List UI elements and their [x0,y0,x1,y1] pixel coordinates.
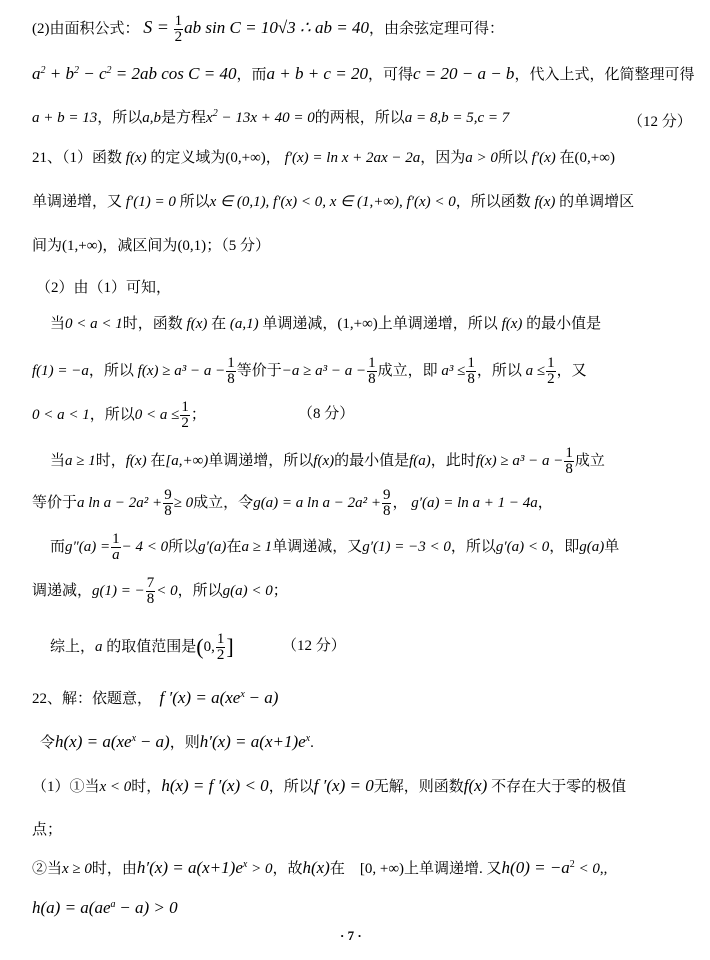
question-number: 21、 [32,150,62,166]
q21-case2-line2: 等价于a ln a − 2a² +98≥ 0成立，令g(a) = a ln a … [32,488,553,519]
fraction: 12 [180,400,190,431]
q22-line2: 令h(x) = a(xex − a)，则h′(x) = a(x+1)ex. [40,732,314,753]
numerator: 1 [546,356,556,372]
math: a ≥ 1 [65,453,96,469]
page-number: · 7 · [340,928,362,944]
q20-line1: (2)由面积公式： S = 12ab sin C = 10√3 ∴ ab = 4… [32,14,504,45]
math: a2 + b2 − c2 [32,64,116,83]
numerator: 1 [174,14,184,30]
text: ，即 [549,539,579,555]
q20-line3: a + b = 13，所以a,b是方程x2 − 13x + 40 = 0的两根，… [32,108,509,128]
text: 单 [604,539,619,555]
denominator: 2 [216,648,226,663]
text: ,, [600,861,608,877]
denominator: 8 [382,504,392,519]
text: ，而 [236,67,266,83]
text: ； [191,407,206,423]
numerator: 9 [382,488,392,504]
fraction-half: 12 [174,14,184,45]
text: 由面积公式： [50,21,140,37]
math: f(x) ≥ a³ − a − [138,363,226,379]
right-bracket: ] [226,634,233,659]
math: (0,+∞) [225,150,265,166]
math: a + b + c = 20 [266,64,367,83]
text: ，所以函数 [456,194,531,210]
numerator: 1 [226,356,236,372]
text: 调递减， [32,583,92,599]
numerator: 1 [111,532,121,548]
text: 时， [131,779,161,795]
math: x ∈ (0,1), f′(x) < 0, x ∈ (1,+∞), f′(x) … [210,194,456,210]
denominator: 8 [367,372,377,387]
math: h(x) = f ′(x) < 0 [161,776,268,795]
q22-line1: 22、解：依题意， f ′(x) = a(xex − a) [32,688,278,709]
text: 在 [226,539,241,555]
text: ，所以 [451,539,496,555]
numerator: 1 [216,632,226,648]
text: ，又 [557,363,587,379]
math: h(a) = a(ae [32,898,111,917]
text: 所以 [498,150,528,166]
text: 时，函数 [123,316,183,332]
text: 单调递增，又 [32,194,122,210]
q21-case2-line1: 当a ≥ 1时，f(x) 在[a,+∞)单调递增，所以f(x)的最小值是f(a)… [50,446,605,477]
math: a ln a − 2a² + [77,495,162,511]
fraction: 98 [382,488,392,519]
q21-line3: 间为(1,+∞)，减区间为(0,1)；（5 分） [32,236,270,256]
fraction: 18 [564,446,574,477]
math: f′(1) = 0 [126,194,176,210]
math: a ≤ [526,363,545,379]
math: S = [143,17,169,37]
score: （12 分） [282,634,346,655]
score: （8 分） [298,402,354,423]
math: − a) > 0 [119,898,177,917]
text: ，由余弦定理可得： [369,21,504,37]
text: 时， [96,453,126,469]
text: 等价于 [32,495,77,511]
text: 的两根，所以 [315,110,405,126]
math: g′(a) [198,539,226,555]
math: f(x) [126,453,147,469]
question-number: 22、 [32,691,62,707]
math: g′(a) = ln a + 1 − 4a [411,495,538,511]
math: a ≥ 1 [241,539,272,555]
math: a = 8,b = 5,c = 7 [405,110,510,126]
math: h′(x) = a(x+1)e [200,732,306,751]
text: 成立，即 [378,363,438,379]
text: 不存在大于零的极值 [487,779,626,795]
text: ，减区间为 [102,238,177,254]
text: ； [273,583,288,599]
math: 0, [204,639,215,655]
text: 在 [211,316,226,332]
text: （1）①当 [32,779,100,795]
text: 的最小值是 [334,453,409,469]
denominator: 8 [564,462,574,477]
math: (1,+∞) [62,238,102,254]
q21-summary: 综上，a 的取值范围是(0,12] [50,632,234,663]
math: f ′(x) = a(xe [160,688,241,707]
part-label: (2) [32,21,50,37]
denominator: 2 [180,416,190,431]
math: < 0 [579,861,600,877]
math: (1,+∞) [337,316,377,332]
text: 当 [50,453,65,469]
text: 所以 [180,194,210,210]
q21-line2: 单调递增，又 f′(1) = 0 所以x ∈ (0,1), f′(x) < 0,… [32,192,634,212]
denominator: 8 [163,504,173,519]
text: ，所以 [90,407,135,423]
fraction: 98 [163,488,173,519]
math: h(0) = −a [502,858,570,877]
math: x < 0 [100,779,132,795]
math: ≥ 0 [174,495,193,511]
text: 单调递减，又 [272,539,362,555]
math: a³ ≤ [441,363,465,379]
text: ②当 [32,861,62,877]
text: 的定义域为 [150,150,225,166]
numerator: 1 [180,400,190,416]
denominator: 2 [174,30,184,45]
left-paren: ( [196,634,203,659]
math: f′(x) [532,150,556,166]
score: （12 分） [628,110,692,131]
text: 函数 [92,150,122,166]
q20-line2: a2 + b2 − c2 = 2ab cos C = 40，而a + b + c… [32,64,694,85]
math: x ≥ 0 [62,861,92,877]
text: 令 [40,735,55,751]
math: g(a) = a ln a − 2a² + [253,495,381,511]
math: h′(x) = a(x+1)e [137,858,243,877]
q21-line1: 21、（1）函数 f(x) 的定义域为(0,+∞)， f′(x) = ln x … [32,148,615,168]
text: 成立，令 [193,495,253,511]
text: ，所以 [178,583,223,599]
text: ，则 [170,735,200,751]
math: − 4 < 0 [122,539,169,555]
text: 所以 [168,539,198,555]
text: 在 [150,453,165,469]
math: ab sin C = 10√3 ∴ ab = 40 [184,18,369,37]
text: 而 [50,539,65,555]
fraction: 18 [367,356,377,387]
fraction: 18 [226,356,236,387]
denominator: 8 [226,372,236,387]
math: g(1) = − [92,583,145,599]
denominator: 8 [466,372,476,387]
math: 0 < a < 1 [65,316,123,332]
text: 单调递减， [262,316,337,332]
math: − a) [249,688,279,707]
text: ，所以 [97,110,142,126]
math: g″(a) = [65,539,110,555]
text: 无解，则函数 [374,779,464,795]
text: ，所以 [269,779,314,795]
math: −a ≥ a³ − a − [282,363,366,379]
math: [a,+∞) [165,453,208,469]
math: f(a) [409,453,431,469]
numerator: 1 [367,356,377,372]
text: 的最小值是 [526,316,601,332]
math: − a) [140,732,170,751]
fraction: 18 [466,356,476,387]
math: f(1) = −a [32,363,89,379]
math: (a,1) [230,316,259,332]
math: f(x) [187,316,208,332]
math: f(x) [535,194,556,210]
text: ， [538,495,553,511]
q21-case1-line2: f(1) = −a，所以 f(x) ≥ a³ − a −18等价于−a ≥ a³… [32,356,587,387]
text: 解：依题意， [62,691,152,707]
math: f′(x) = ln x + 2ax − 2a [285,150,421,166]
text: ，所以 [89,363,134,379]
math: x2 [206,110,221,126]
text: ，故 [272,861,302,877]
math: f ′(x) = 0 [314,776,374,795]
math: 0 < a ≤ [135,407,180,423]
math: h(x) = a(xe [55,732,132,751]
math: > 0 [251,861,272,877]
text: 等价于 [237,363,282,379]
q21-part2-intro: （2）由（1）可知， [36,278,171,298]
math: = 2ab cos C = 40 [116,64,237,83]
numerator: 1 [564,446,574,462]
text: 间为 [32,238,62,254]
q22-part2-line1: ②当x ≥ 0时，由h′(x) = a(x+1)ex > 0，故h(x)在 [0… [32,858,607,879]
math: g(a) < 0 [223,583,273,599]
q21-case1-line1: 当0 < a < 1时，函数 f(x) 在 (a,1) 单调递减，(1,+∞)上… [50,314,601,334]
math: g(a) [579,539,604,555]
text: 单调递增，所以 [208,453,313,469]
q22-part1-line2: 点； [32,820,62,840]
text: ， [392,495,407,511]
math: h(x) [302,858,329,877]
denominator: 8 [146,592,156,607]
math: (0,1) [177,238,206,254]
math: (0,+∞) [575,150,615,166]
math: a + b = 13 [32,110,97,126]
text: . [310,735,314,751]
math: [0, +∞) [360,861,404,877]
text: ，可得 [368,67,413,83]
math: c = 20 − a − b [413,64,514,83]
text: ，所以 [477,363,522,379]
text: ，因为 [420,150,465,166]
math: f(x) ≥ a³ − a − [476,453,564,469]
text: 在 [560,150,575,166]
fraction: 12 [216,632,226,663]
text: ，代入上式，化简整理可得 [514,67,694,83]
math: a > 0 [465,150,498,166]
text: ，此时 [431,453,476,469]
text: 时，由 [92,861,137,877]
math: a [95,639,103,655]
math: < 0 [156,583,177,599]
math: f(x) [502,316,523,332]
math: − 13x + 40 = 0 [221,110,314,126]
math: f(x) [464,776,488,795]
fraction: 1a [111,532,121,563]
numerator: 1 [466,356,476,372]
text: 当 [50,316,65,332]
math: a,b [142,110,161,126]
text: 成立 [575,453,605,469]
math: f(x) [126,150,147,166]
text: 的取值范围是 [106,639,196,655]
q21-case2-line4: 调递减，g(1) = −78< 0，所以g(a) < 0； [32,576,288,607]
math: g′(a) < 0 [496,539,549,555]
text: ， [266,150,281,166]
math: 0 < a < 1 [32,407,90,423]
denominator: a [111,548,121,563]
part-label: （1） [62,150,92,166]
text: ；（5 分） [206,238,270,254]
denominator: 2 [546,372,556,387]
text: 上单调递增. 又 [404,861,502,877]
text: 是方程 [161,110,206,126]
numerator: 9 [163,488,173,504]
fraction: 78 [146,576,156,607]
q22-part2-line2: h(a) = a(aea − a) > 0 [32,898,178,919]
text: 上单调递增，所以 [378,316,498,332]
fraction: 12 [546,356,556,387]
text: 综上， [50,639,95,655]
math: g′(1) = −3 < 0 [362,539,451,555]
numerator: 7 [146,576,156,592]
q22-part1-line1: （1）①当x < 0时，h(x) = f ′(x) < 0，所以f ′(x) =… [32,776,626,797]
math: f(x) [313,453,334,469]
text: 在 [330,861,345,877]
q21-case1-line3: 0 < a < 1，所以0 < a ≤12； [32,400,206,431]
q21-case2-line3: 而g″(a) =1a− 4 < 0所以g′(a)在a ≥ 1单调递减，又g′(1… [50,532,619,563]
text: 的单调增区 [559,194,634,210]
